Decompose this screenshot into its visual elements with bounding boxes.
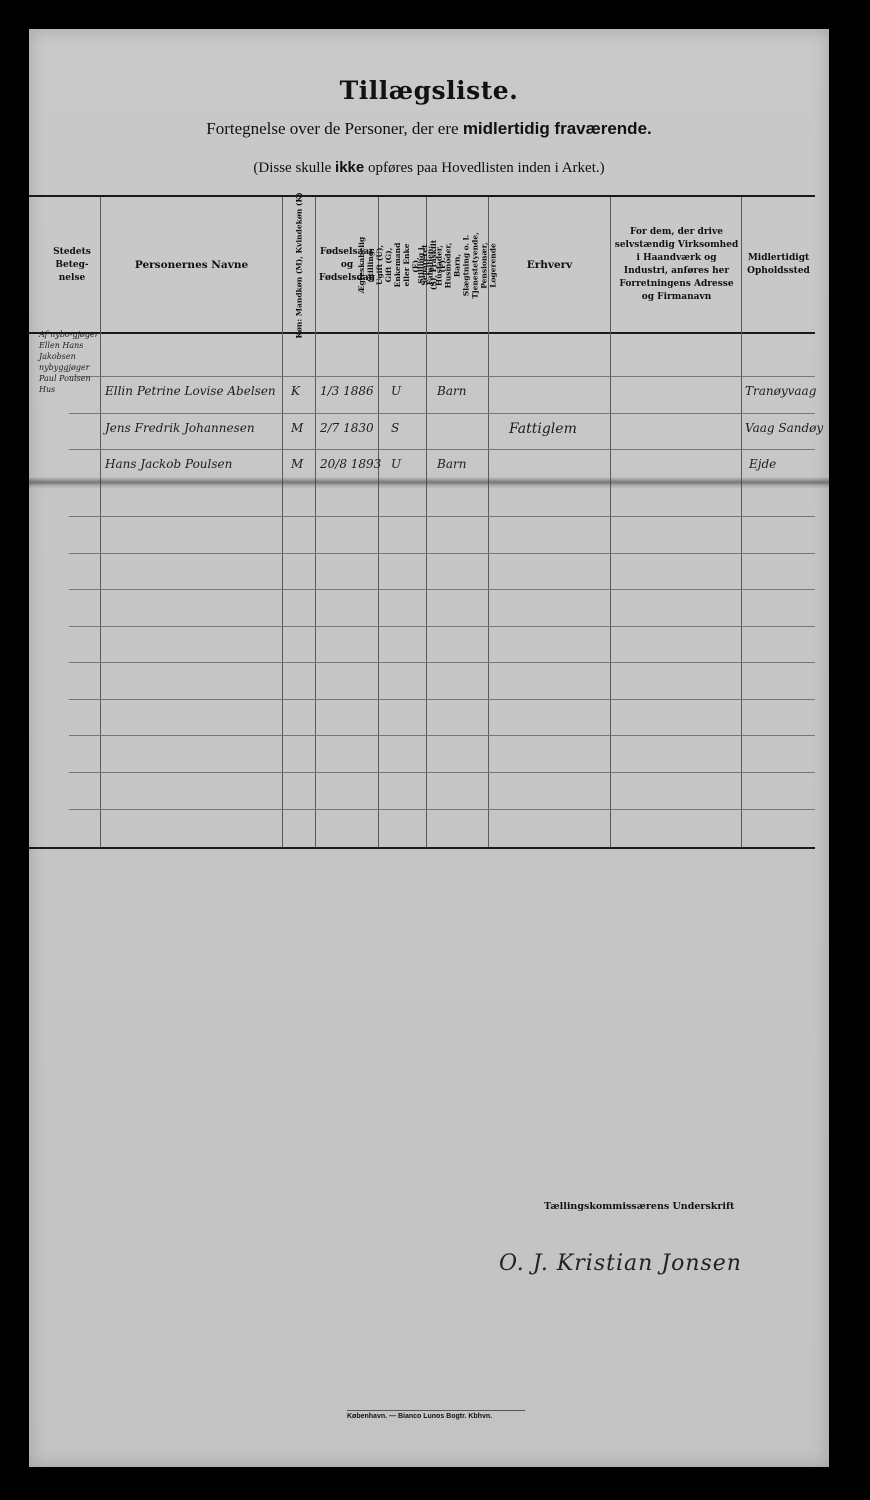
row3-fodsel: 20/8 1893 — [320, 457, 381, 471]
row2-aegteskab: S — [391, 421, 399, 435]
row-line — [69, 772, 815, 773]
header-stedets: Stedets Beteg-nelse — [43, 199, 101, 331]
row1-kon: K — [291, 384, 300, 398]
subtitle-bold: midlertidig fraværende. — [463, 119, 652, 138]
row-line — [69, 809, 815, 810]
row-line — [69, 626, 815, 627]
row1-familie: Barn — [437, 384, 466, 398]
row1-navn: Ellin Petrine Lovise Abelsen — [105, 384, 276, 398]
row3-aegteskab: U — [391, 457, 401, 471]
row3-navn: Hans Jackob Poulsen — [105, 457, 232, 471]
form-title: Tillægsliste. — [29, 76, 829, 105]
table-bottom-rule — [29, 847, 815, 849]
row-line — [69, 553, 815, 554]
table-top-rule — [29, 195, 815, 197]
header-navne: Personernes Navne — [101, 199, 282, 331]
signature-label: Tællingskommissærens Underskrift — [544, 1201, 734, 1212]
row-line — [69, 516, 815, 517]
header-kon-text: Køn: Mandkøn (M), Kvindekøn (K) — [295, 192, 304, 338]
row2-opholdssted: Vaag Sandøy — [745, 421, 823, 435]
row-line — [69, 449, 815, 450]
row-line — [69, 662, 815, 663]
row-line — [69, 589, 815, 590]
row3-familie: Barn — [437, 457, 466, 471]
row-line — [69, 699, 815, 700]
header-bottom-rule — [29, 332, 815, 334]
form-note: (Disse skulle ikke opføres paa Hovedlist… — [29, 159, 829, 177]
census-form-page: Tillægsliste. Fortegnelse over de Person… — [29, 29, 829, 1467]
col-divider — [610, 197, 611, 847]
row3-kon: M — [291, 457, 303, 471]
printer-imprint: København. — Bianco Lunos Bogtr. Kbhvn. — [347, 1413, 492, 1420]
subtitle-regular: Fortegnelse over de Personer, der ere — [206, 119, 458, 138]
note-bold: ikke — [335, 159, 364, 176]
row-line — [69, 413, 815, 414]
row2-navn: Jens Fredrik Johannesen — [105, 421, 255, 435]
row-line — [69, 735, 815, 736]
header-erhverv: Erhverv — [489, 199, 610, 331]
header-familie: Stilling i Familien: Husfader, Husmoder,… — [427, 199, 488, 331]
form-subtitle: Fortegnelse over de Personer, der ere mi… — [29, 119, 829, 139]
header-virksomhed: For dem, der drive selvstændig Virksomhe… — [614, 199, 739, 331]
row1-aegteskab: U — [391, 384, 401, 398]
header-kon: Køn: Mandkøn (M), Kvindekøn (K) — [283, 199, 315, 331]
note-suffix: opføres paa Hovedlisten inden i Arket.) — [368, 160, 605, 176]
row-line — [69, 376, 815, 377]
row1-opholdssted: Tranøyvaag — [745, 384, 816, 398]
row1-fodsel: 1/3 1886 — [320, 384, 374, 398]
row2-erhverv: Fattiglem — [509, 421, 577, 437]
row2-fodsel: 2/7 1830 — [320, 421, 374, 435]
header-familie-text: Stilling i Familien: Husfader, Husmoder,… — [417, 232, 498, 298]
header-opholdssted: Midlertidigt Opholdssted — [742, 199, 815, 331]
note-prefix: (Disse skulle — [253, 160, 331, 176]
commissioner-signature: O. J. Kristian Jonsen — [499, 1251, 742, 1276]
row2-kon: M — [291, 421, 303, 435]
printer-rule — [347, 1410, 525, 1411]
stedets-note: Af nybo-gjøger Ellen Hans Jakobsen nybyg… — [39, 329, 103, 395]
fold-crease — [29, 477, 829, 489]
row3-opholdssted: Ejde — [749, 457, 776, 471]
